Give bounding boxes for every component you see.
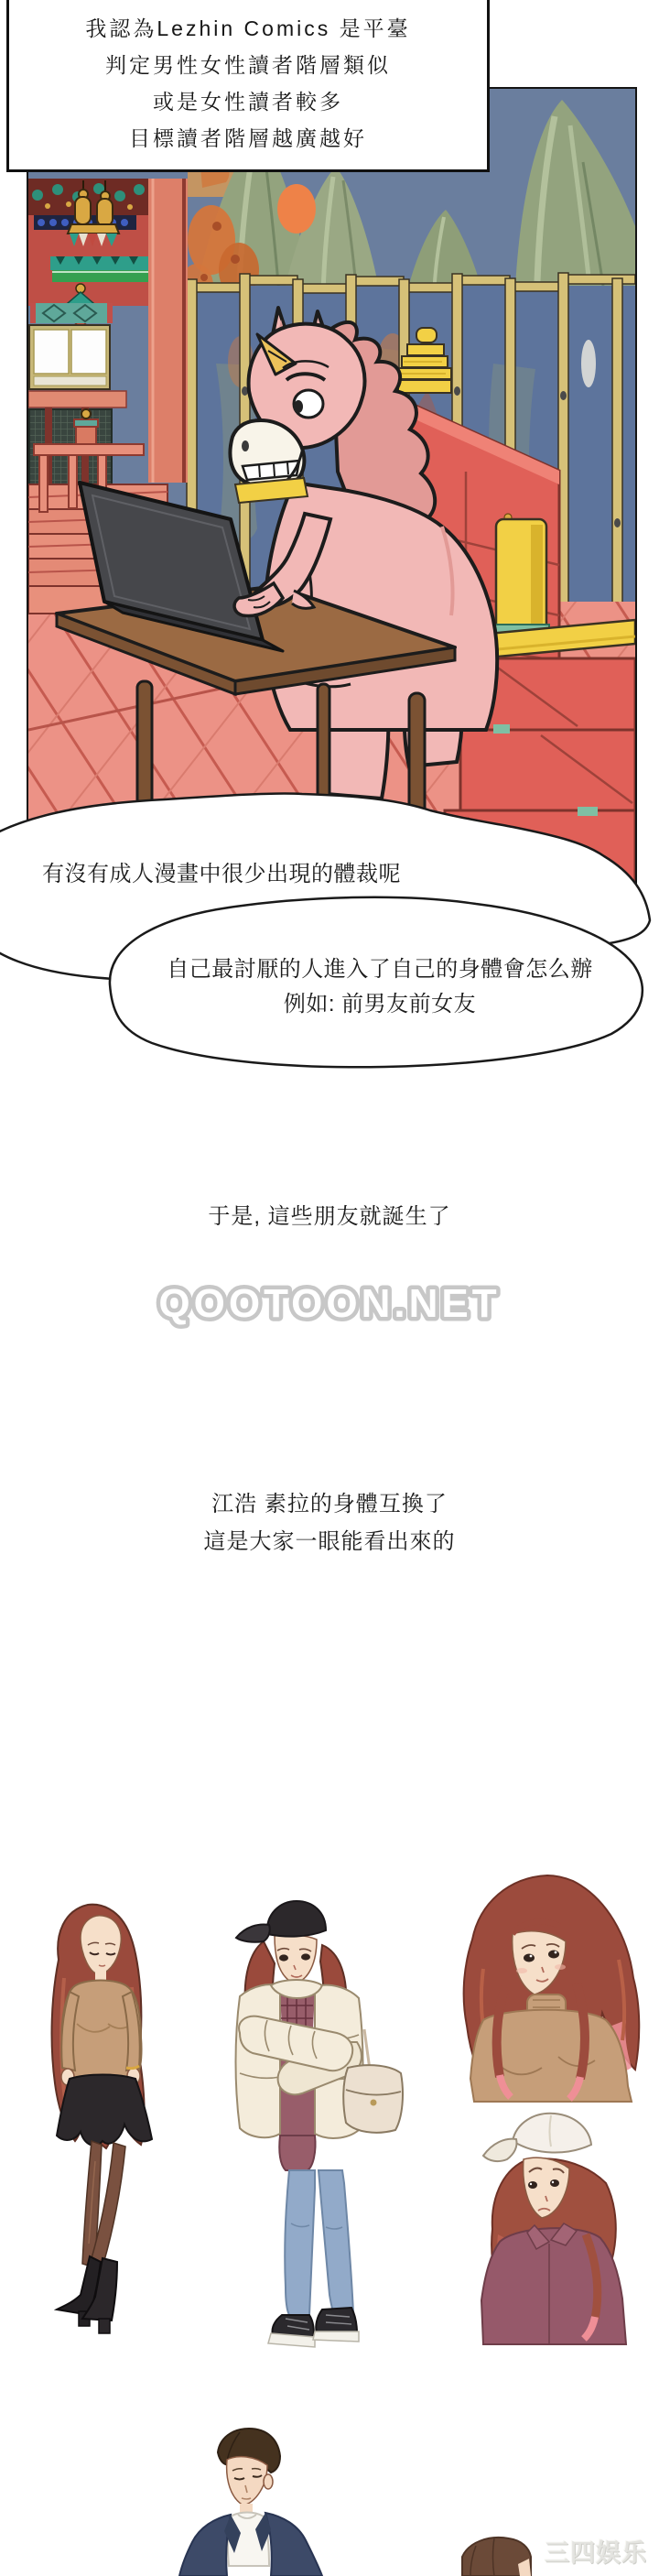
webtoon-page: 我認為Lezhin Comics 是平臺 判定男性女性讀者階層類似 或是女性讀者… — [0, 0, 659, 2576]
woman-cap-middle — [236, 1901, 404, 2347]
site-watermark-text: QOOTOON.NET — [158, 1281, 500, 1326]
corner-watermark: 三四娱乐 — [536, 2533, 655, 2569]
man-bottom — [179, 2429, 322, 2576]
speech-bubble-2-line1: 自己最討厭的人進入了自己的身體會怎么辦 — [105, 952, 654, 987]
narration-line: 目標讀者階層越廣越好 — [9, 120, 487, 157]
narration-line: 判定男性女性讀者階層類似 — [9, 47, 487, 83]
caption-bodyswap-line1: 江浩 素拉的身體互換了 — [0, 1485, 659, 1523]
panel-frame — [27, 87, 637, 890]
speech-bubble-1-text: 有沒有成人漫畫中很少出現的體裁呢 — [42, 862, 401, 887]
temple-structure — [28, 179, 188, 489]
caption-bodyswap-line2: 這是大家一眼能看出來的 — [0, 1523, 659, 1560]
speech-bubbles — [0, 783, 659, 1081]
woman-portrait-bottomright — [481, 2114, 626, 2344]
site-watermark: QOOTOON.NET — [0, 1273, 659, 1337]
shoulder-bag — [343, 2065, 403, 2133]
narration-line: 我認為Lezhin Comics 是平臺 — [9, 10, 487, 47]
temple-window — [29, 325, 110, 389]
narration-line: 或是女性讀者較多 — [9, 83, 487, 120]
speech-bubble-2-line2: 例如: 前男友前女友 — [105, 987, 654, 1022]
character-lineup — [0, 1850, 659, 2576]
narration-box: 我認為Lezhin Comics 是平臺 判定男性女性讀者階層類似 或是女性讀者… — [6, 0, 490, 172]
panel-illustration — [28, 89, 635, 888]
caption-bodyswap: 江浩 素拉的身體互換了 這是大家一眼能看出來的 — [0, 1485, 659, 1560]
speech-bubble-2-text: 自己最討厭的人進入了自己的身體會怎么辦 例如: 前男友前女友 — [105, 952, 654, 1022]
woman-portrait-topright — [464, 1875, 640, 2102]
head-bottom-right — [462, 2538, 531, 2576]
woman-standing-left — [52, 1905, 152, 2333]
caption-birth: 于是, 這些朋友就誕生了 — [0, 1203, 659, 1231]
